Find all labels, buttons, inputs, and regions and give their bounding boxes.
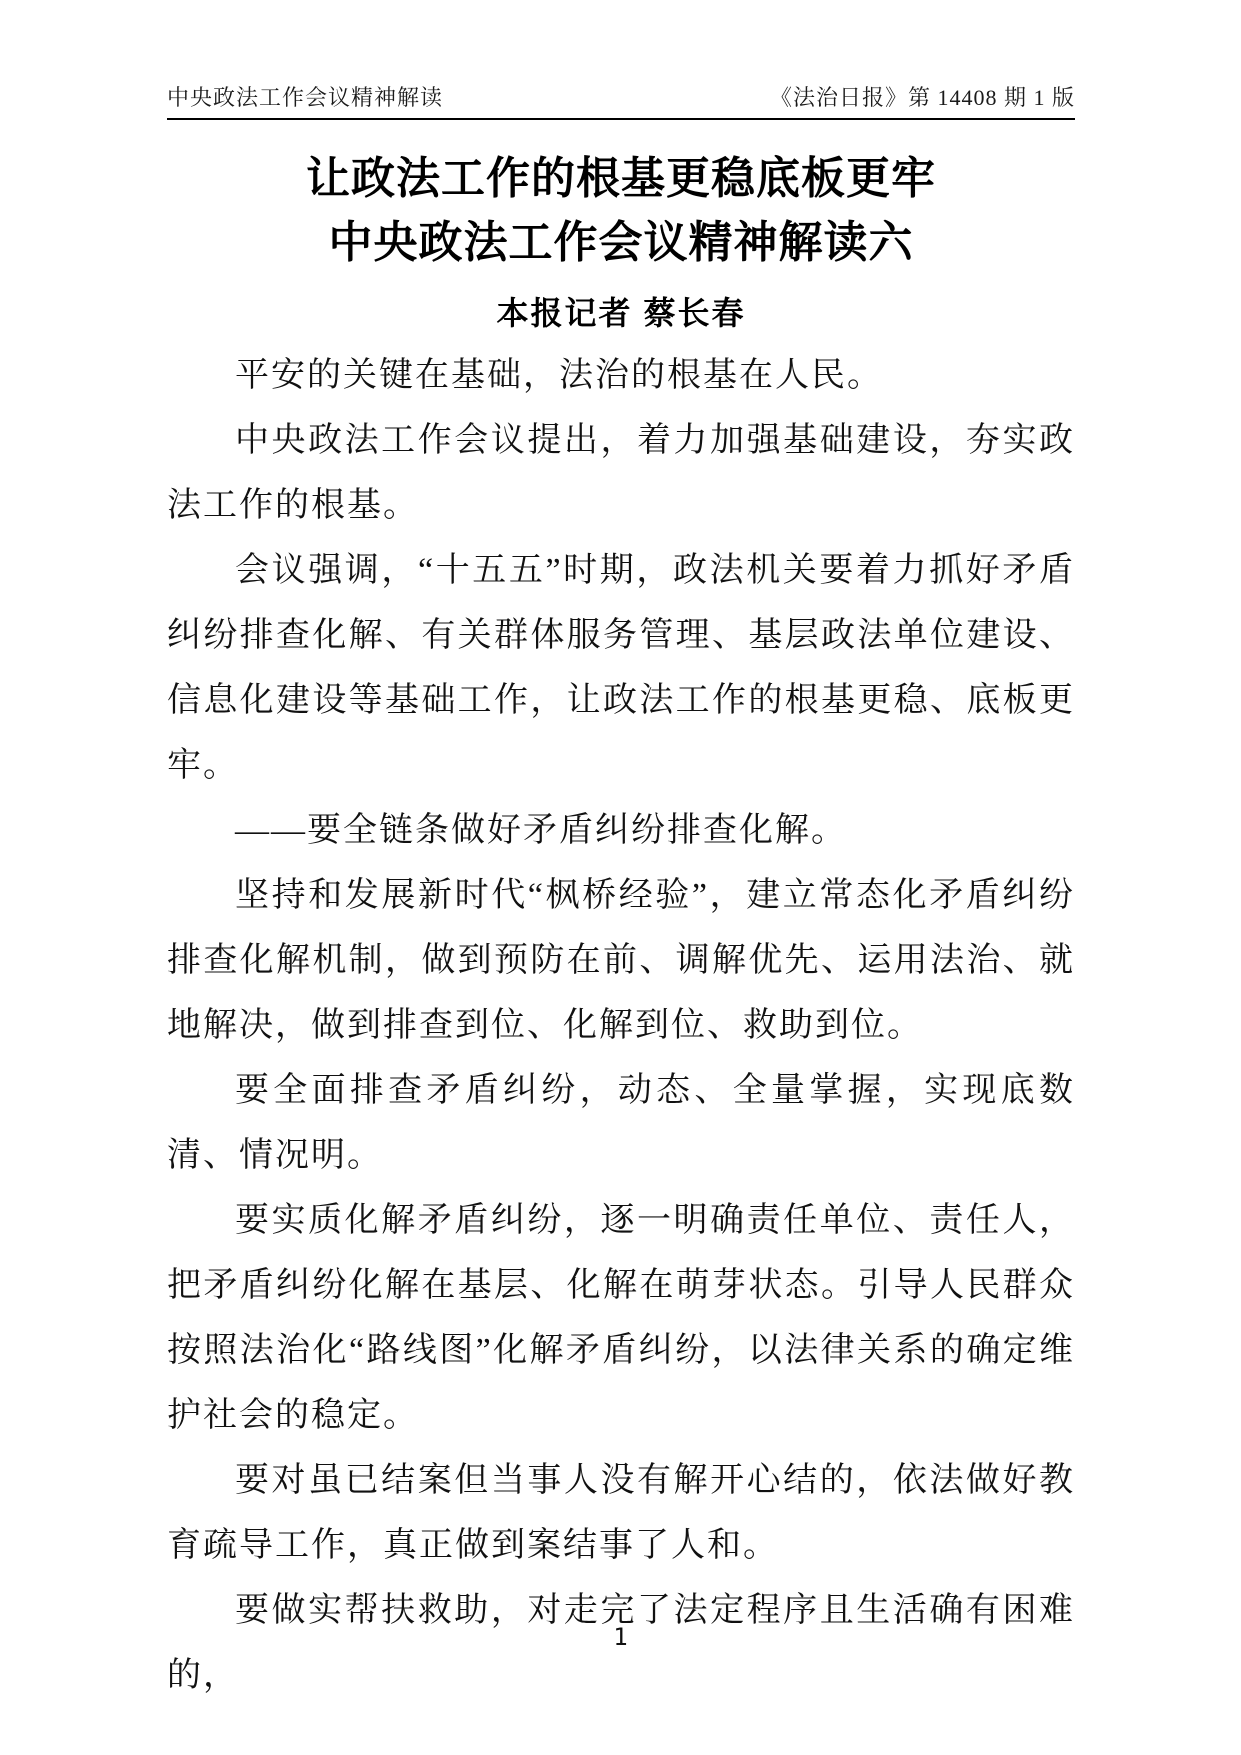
header-publication-info: 《法治日报》第 14408 期 1 版 bbox=[770, 86, 1075, 110]
paragraph-7: 要实质化解矛盾纠纷，逐一明确责任单位、责任人，把矛盾纠纷化解在基层、化解在萌芽状… bbox=[167, 1188, 1075, 1448]
paragraph-1: 平安的关键在基础，法治的根基在人民。 bbox=[167, 343, 1075, 408]
paragraph-4: ——要全链条做好矛盾纠纷排查化解。 bbox=[167, 798, 1075, 863]
page-header: 中央政法工作会议精神解读 《法治日报》第 14408 期 1 版 bbox=[167, 86, 1075, 120]
article-title: 让政法工作的根基更稳底板更牢 中央政法工作会议精神解读六 bbox=[167, 147, 1075, 275]
header-running-title: 中央政法工作会议精神解读 bbox=[167, 86, 443, 110]
paragraph-8: 要对虽已结案但当事人没有解开心结的，依法做好教育疏导工作，真正做到案结事了人和。 bbox=[167, 1448, 1075, 1578]
article-body: 平安的关键在基础，法治的根基在人民。 中央政法工作会议提出，着力加强基础建设，夯… bbox=[167, 343, 1075, 1708]
article-title-line-2: 中央政法工作会议精神解读六 bbox=[167, 211, 1075, 275]
page-footer: 1 bbox=[0, 1622, 1241, 1652]
paragraph-2: 中央政法工作会议提出，着力加强基础建设，夯实政法工作的根基。 bbox=[167, 408, 1075, 538]
paragraph-6: 要全面排查矛盾纠纷，动态、全量掌握，实现底数清、情况明。 bbox=[167, 1058, 1075, 1188]
document-page: 中央政法工作会议精神解读 《法治日报》第 14408 期 1 版 让政法工作的根… bbox=[0, 0, 1241, 1755]
paragraph-3: 会议强调，“十五五”时期，政法机关要着力抓好矛盾纠纷排查化解、有关群体服务管理、… bbox=[167, 538, 1075, 798]
byline: 本报记者 蔡长春 bbox=[167, 293, 1075, 333]
page-number: 1 bbox=[613, 1623, 627, 1651]
article-title-line-1: 让政法工作的根基更稳底板更牢 bbox=[167, 147, 1075, 211]
paragraph-5: 坚持和发展新时代“枫桥经验”，建立常态化矛盾纠纷排查化解机制，做到预防在前、调解… bbox=[167, 863, 1075, 1058]
